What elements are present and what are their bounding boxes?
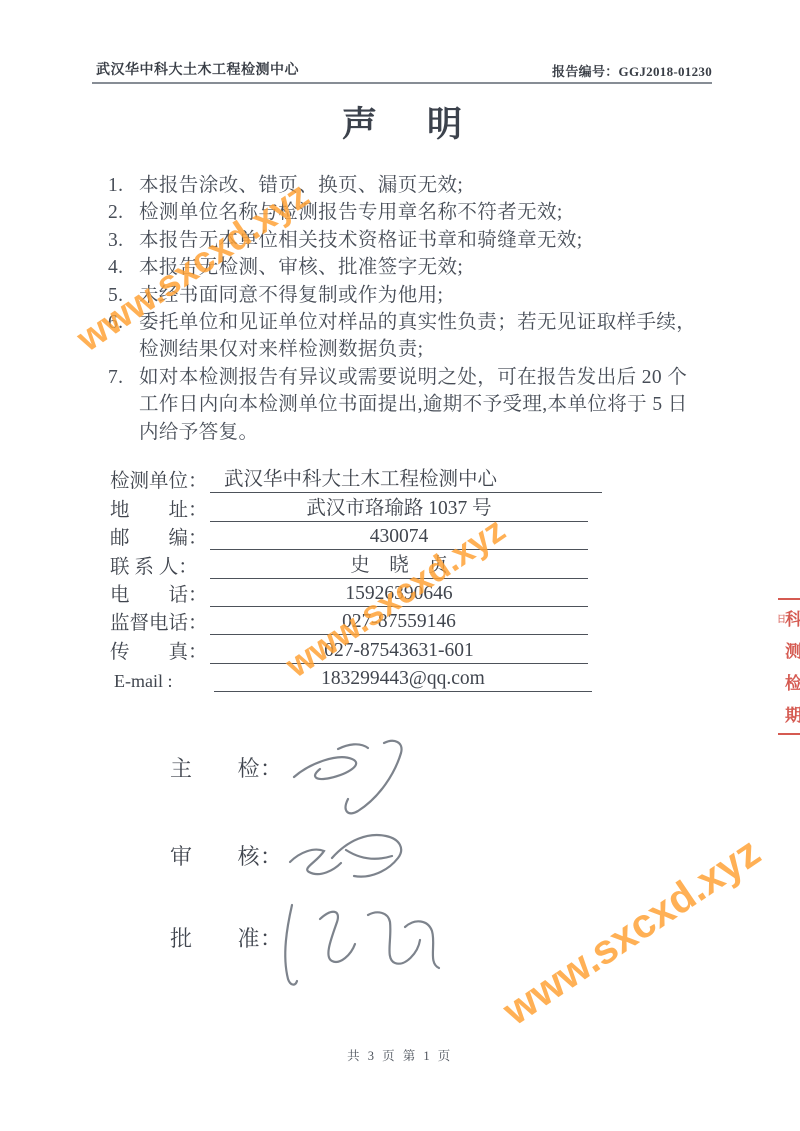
contact-label: 检测单位：	[110, 465, 210, 493]
contact-value-underline: 武汉华中科大土木工程检测中心	[210, 463, 602, 493]
declaration-item: 3. 本报告无本单位相关技术资格证书章和骑缝章无效;	[108, 227, 700, 254]
partial-stamp: 日 科 测 检 期	[776, 598, 800, 735]
signature-label-approver: 批 准：	[170, 922, 283, 953]
document-page: 武汉华中科大土木工程检测中心 报告编号：GGJ2018-01230 声明 1. …	[0, 0, 800, 1131]
contact-label: 传 真：	[110, 636, 210, 664]
contact-row-phone: 电 话： 15926390646	[110, 579, 602, 607]
contact-value-underline: 027-87543631-601	[210, 640, 588, 664]
contact-label: 地 址：	[110, 494, 210, 522]
declaration-item: 1. 本报告涂改、错页、换页、漏页无效;	[108, 172, 700, 199]
signature-label-reviewer: 审 核：	[170, 840, 283, 871]
declaration-text: 本报告无本单位相关技术资格证书章和骑缝章无效;	[139, 227, 700, 254]
page-title: 声明	[92, 97, 712, 147]
declaration-text: 未经书面同意不得复制或作为他用;	[139, 282, 700, 309]
stamp-char: 测	[785, 643, 800, 660]
contact-label: 监督电话：	[110, 607, 210, 635]
declaration-item: 2. 检测单位名称与检测报告专用章名称不符者无效;	[108, 199, 700, 226]
stamp-bottom-border	[778, 733, 800, 735]
contact-row-contact-person: 联 系 人： 史 晓 贞	[110, 550, 602, 578]
page-footer: 共 3 页 第 1 页	[0, 1046, 800, 1064]
stamp-char: 期	[785, 707, 800, 724]
stamp-side-mark: 日	[777, 614, 786, 625]
contact-label: 联 系 人：	[110, 551, 210, 579]
stamp-char: 检	[785, 675, 800, 692]
signature-scribble-approver	[272, 895, 467, 991]
declaration-text: 检测单位名称与检测报告专用章名称不符者无效;	[139, 199, 700, 226]
declaration-text: 本报告涂改、错页、换页、漏页无效;	[139, 172, 700, 199]
report-number: 报告编号：GGJ2018-01230	[552, 61, 712, 80]
header-rule	[92, 82, 712, 84]
declaration-number: 3.	[108, 227, 139, 254]
declaration-number: 5.	[108, 282, 139, 309]
contact-row-unit: 检测单位： 武汉华中科大土木工程检测中心	[110, 465, 602, 493]
contact-value-underline: 183299443@qq.com	[214, 668, 592, 692]
contact-row-supervision-phone: 监督电话： 027-87559146	[110, 607, 602, 635]
declaration-text: 如对本检测报告有异议或需要说明之处，可在报告发出后 20 个工作日内向本检测单位…	[139, 364, 700, 446]
contact-row-fax: 传 真： 027-87543631-601	[110, 635, 602, 663]
contact-value-underline: 史 晓 贞	[210, 549, 588, 579]
declaration-number: 6.	[108, 309, 139, 336]
declaration-item: 6. 委托单位和见证单位对样品的真实性负责；若无见证取样手续，检测结果仅对来样检…	[108, 309, 700, 364]
declaration-item: 5. 未经书面同意不得复制或作为他用;	[108, 282, 700, 309]
declaration-item: 7. 如对本检测报告有异议或需要说明之处，可在报告发出后 20 个工作日内向本检…	[108, 364, 700, 446]
contact-info-block: 检测单位： 武汉华中科大土木工程检测中心 地 址： 武汉市珞瑜路 1037 号 …	[110, 465, 602, 692]
signature-label-chief-inspector: 主 检：	[170, 752, 283, 783]
contact-label: 邮 编：	[110, 522, 210, 550]
contact-row-postcode: 邮 编： 430074	[110, 522, 602, 550]
title-char-right: 明	[427, 105, 462, 144]
contact-row-address: 地 址： 武汉市珞瑜路 1037 号	[110, 493, 602, 521]
declaration-list: 1. 本报告涂改、错页、换页、漏页无效; 2. 检测单位名称与检测报告专用章名称…	[108, 172, 700, 446]
title-char-left: 声	[342, 105, 377, 144]
signature-scribble-reviewer	[284, 828, 449, 904]
declaration-number: 7.	[108, 364, 139, 391]
declaration-text: 本报告无检测、审核、批准签字无效;	[139, 254, 700, 281]
contact-value-underline: 430074	[210, 526, 588, 550]
contact-label: E-mail :	[110, 671, 214, 692]
stamp-char: 科	[785, 611, 800, 628]
declaration-text: 委托单位和见证单位对样品的真实性负责；若无见证取样手续，检测结果仅对来样检测数据…	[139, 309, 700, 364]
contact-label: 电 话：	[110, 579, 210, 607]
header-org-name: 武汉华中科大土木工程检测中心	[96, 59, 299, 79]
declaration-number: 4.	[108, 254, 139, 281]
contact-value-underline: 027-87559146	[210, 611, 588, 635]
contact-value-underline: 15926390646	[210, 583, 588, 607]
signature-scribble-chief-inspector	[286, 733, 436, 821]
declaration-number: 2.	[108, 199, 139, 226]
contact-row-email: E-mail : 183299443@qq.com	[110, 664, 602, 692]
watermark: www.sxcxd.xyz	[494, 828, 768, 1034]
declaration-number: 1.	[108, 172, 139, 199]
contact-value-underline: 武汉市珞瑜路 1037 号	[210, 492, 588, 522]
declaration-item: 4. 本报告无检测、审核、批准签字无效;	[108, 254, 700, 281]
